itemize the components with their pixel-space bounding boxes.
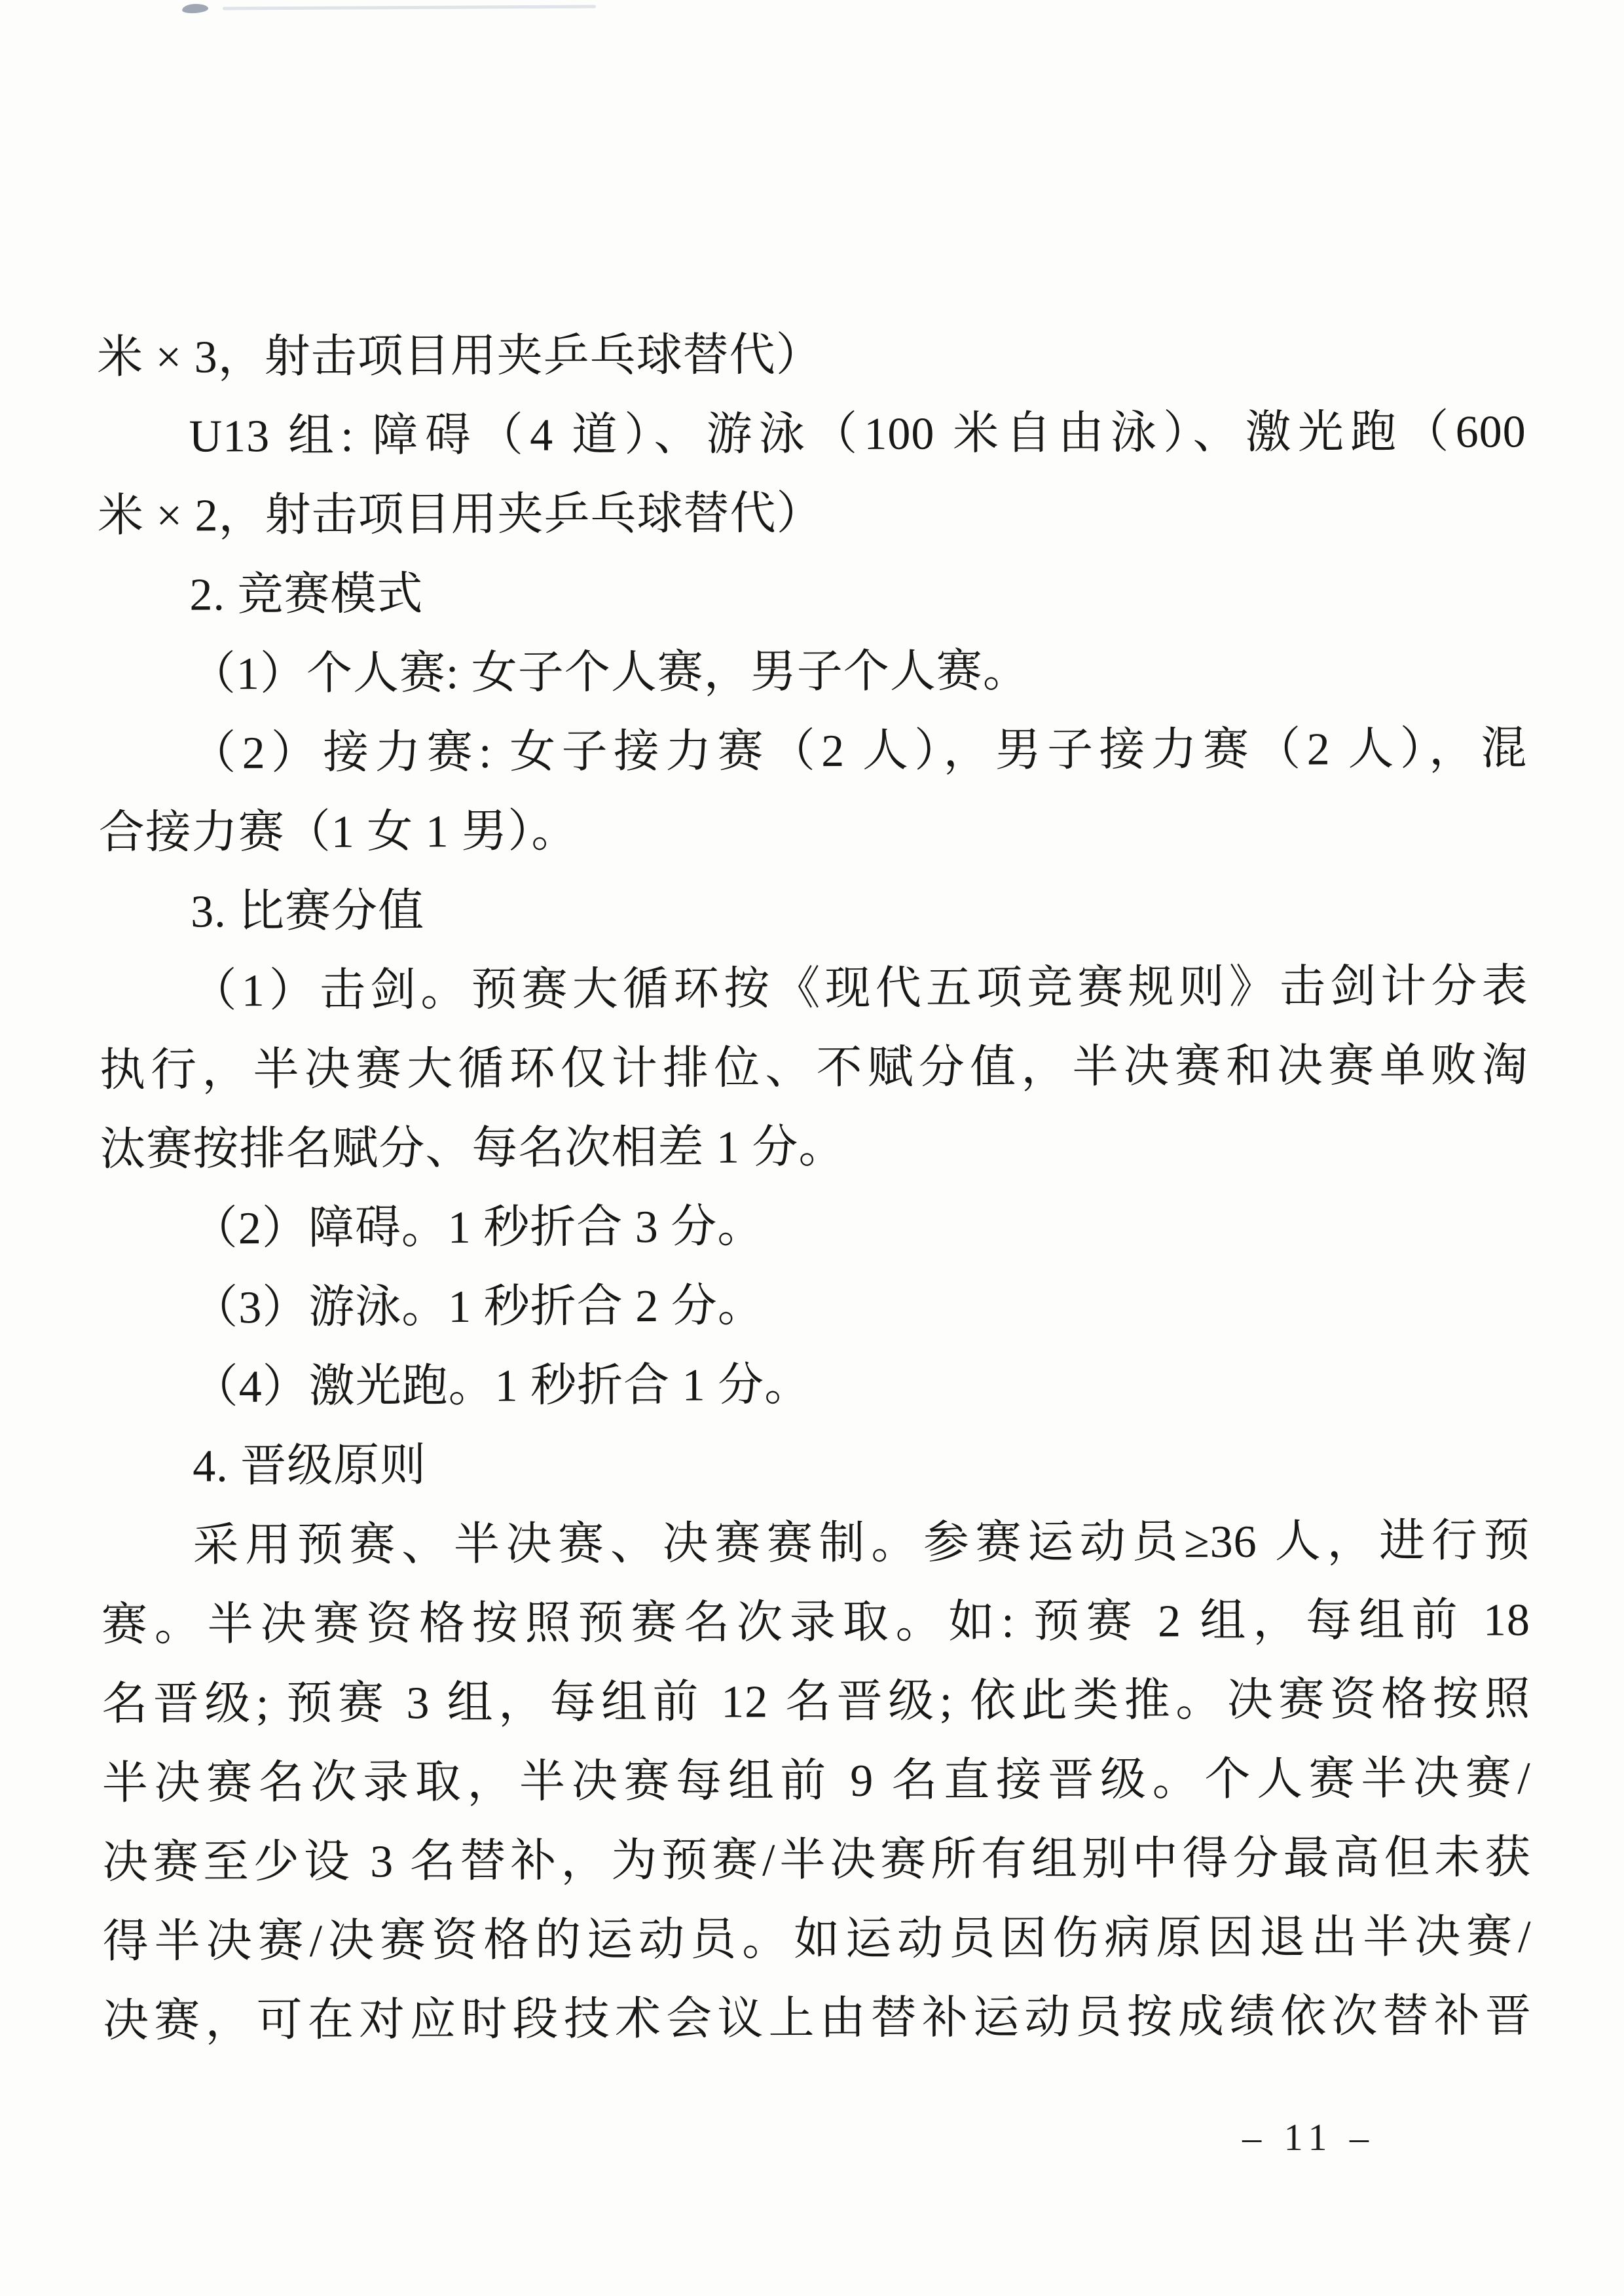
text-line: 半决赛名次录取，半决赛每组前 9 名直接晋级。个人赛半决赛/	[102, 1739, 1531, 1823]
section-heading: 4. 晋级原则	[101, 1422, 1530, 1506]
scan-smudge-icon	[182, 3, 209, 14]
text-line: （1）击剑。预赛大循环按《现代五项竞赛规则》击剑计分表	[99, 947, 1528, 1031]
text-line: （4）激光跑。1 秒折合 1 分。	[100, 1343, 1529, 1427]
section-heading: 3. 比赛分值	[99, 867, 1528, 952]
document-body: 米 × 3，射击项目用夹乒乓球替代） U13 组: 障碍（4 道）、游泳（100…	[97, 313, 1532, 2061]
text-line: 合接力赛（1 女 1 男）。	[99, 788, 1528, 873]
text-line: 名晋级; 预赛 3 组，每组前 12 名晋级; 依此类推。决赛资格按照	[101, 1660, 1530, 1744]
text-line: 得半决赛/决赛资格的运动员。如运动员因伤病原因退出半决赛/	[102, 1897, 1531, 1982]
text-line: 决赛至少设 3 名替补，为预赛/半决赛所有组别中得分最高但未获	[102, 1818, 1531, 1903]
text-line: 米 × 3，射击项目用夹乒乓球替代）	[97, 313, 1526, 397]
text-line: 赛。半决赛资格按照预赛名次录取。如: 预赛 2 组，每组前 18	[101, 1580, 1530, 1665]
text-line: （2）接力赛: 女子接力赛（2 人），男子接力赛（2 人），混	[98, 709, 1527, 793]
text-line: 执行，半决赛大循环仅计排位、不赋分值，半决赛和决赛单败淘	[100, 1026, 1528, 1110]
scan-streak-icon	[223, 5, 596, 10]
text-line: 采用预赛、半决赛、决赛赛制。参赛运动员≥36 人，进行预	[101, 1501, 1530, 1586]
text-line: 汰赛按排名赋分、每名次相差 1 分。	[100, 1105, 1528, 1190]
text-line: （1）个人赛: 女子个人赛，男子个人赛。	[98, 630, 1527, 714]
page-number: – 11 –	[1242, 2113, 1375, 2162]
text-line: 米 × 2，射击项目用夹乒乓球替代）	[98, 471, 1526, 556]
text-line: U13 组: 障碍（4 道）、游泳（100 米自由泳）、激光跑（600	[97, 392, 1526, 477]
section-heading: 2. 竞赛模式	[98, 551, 1526, 635]
text-line: 决赛，可在对应时段技术会议上由替补运动员按成绩依次替补晋	[103, 1977, 1532, 2061]
text-line: （2）障碍。1 秒折合 3 分。	[100, 1184, 1529, 1269]
document-page: 米 × 3，射击项目用夹乒乓球替代） U13 组: 障碍（4 道）、游泳（100…	[0, 0, 1624, 2296]
text-line: （3）游泳。1 秒折合 2 分。	[100, 1264, 1529, 1348]
